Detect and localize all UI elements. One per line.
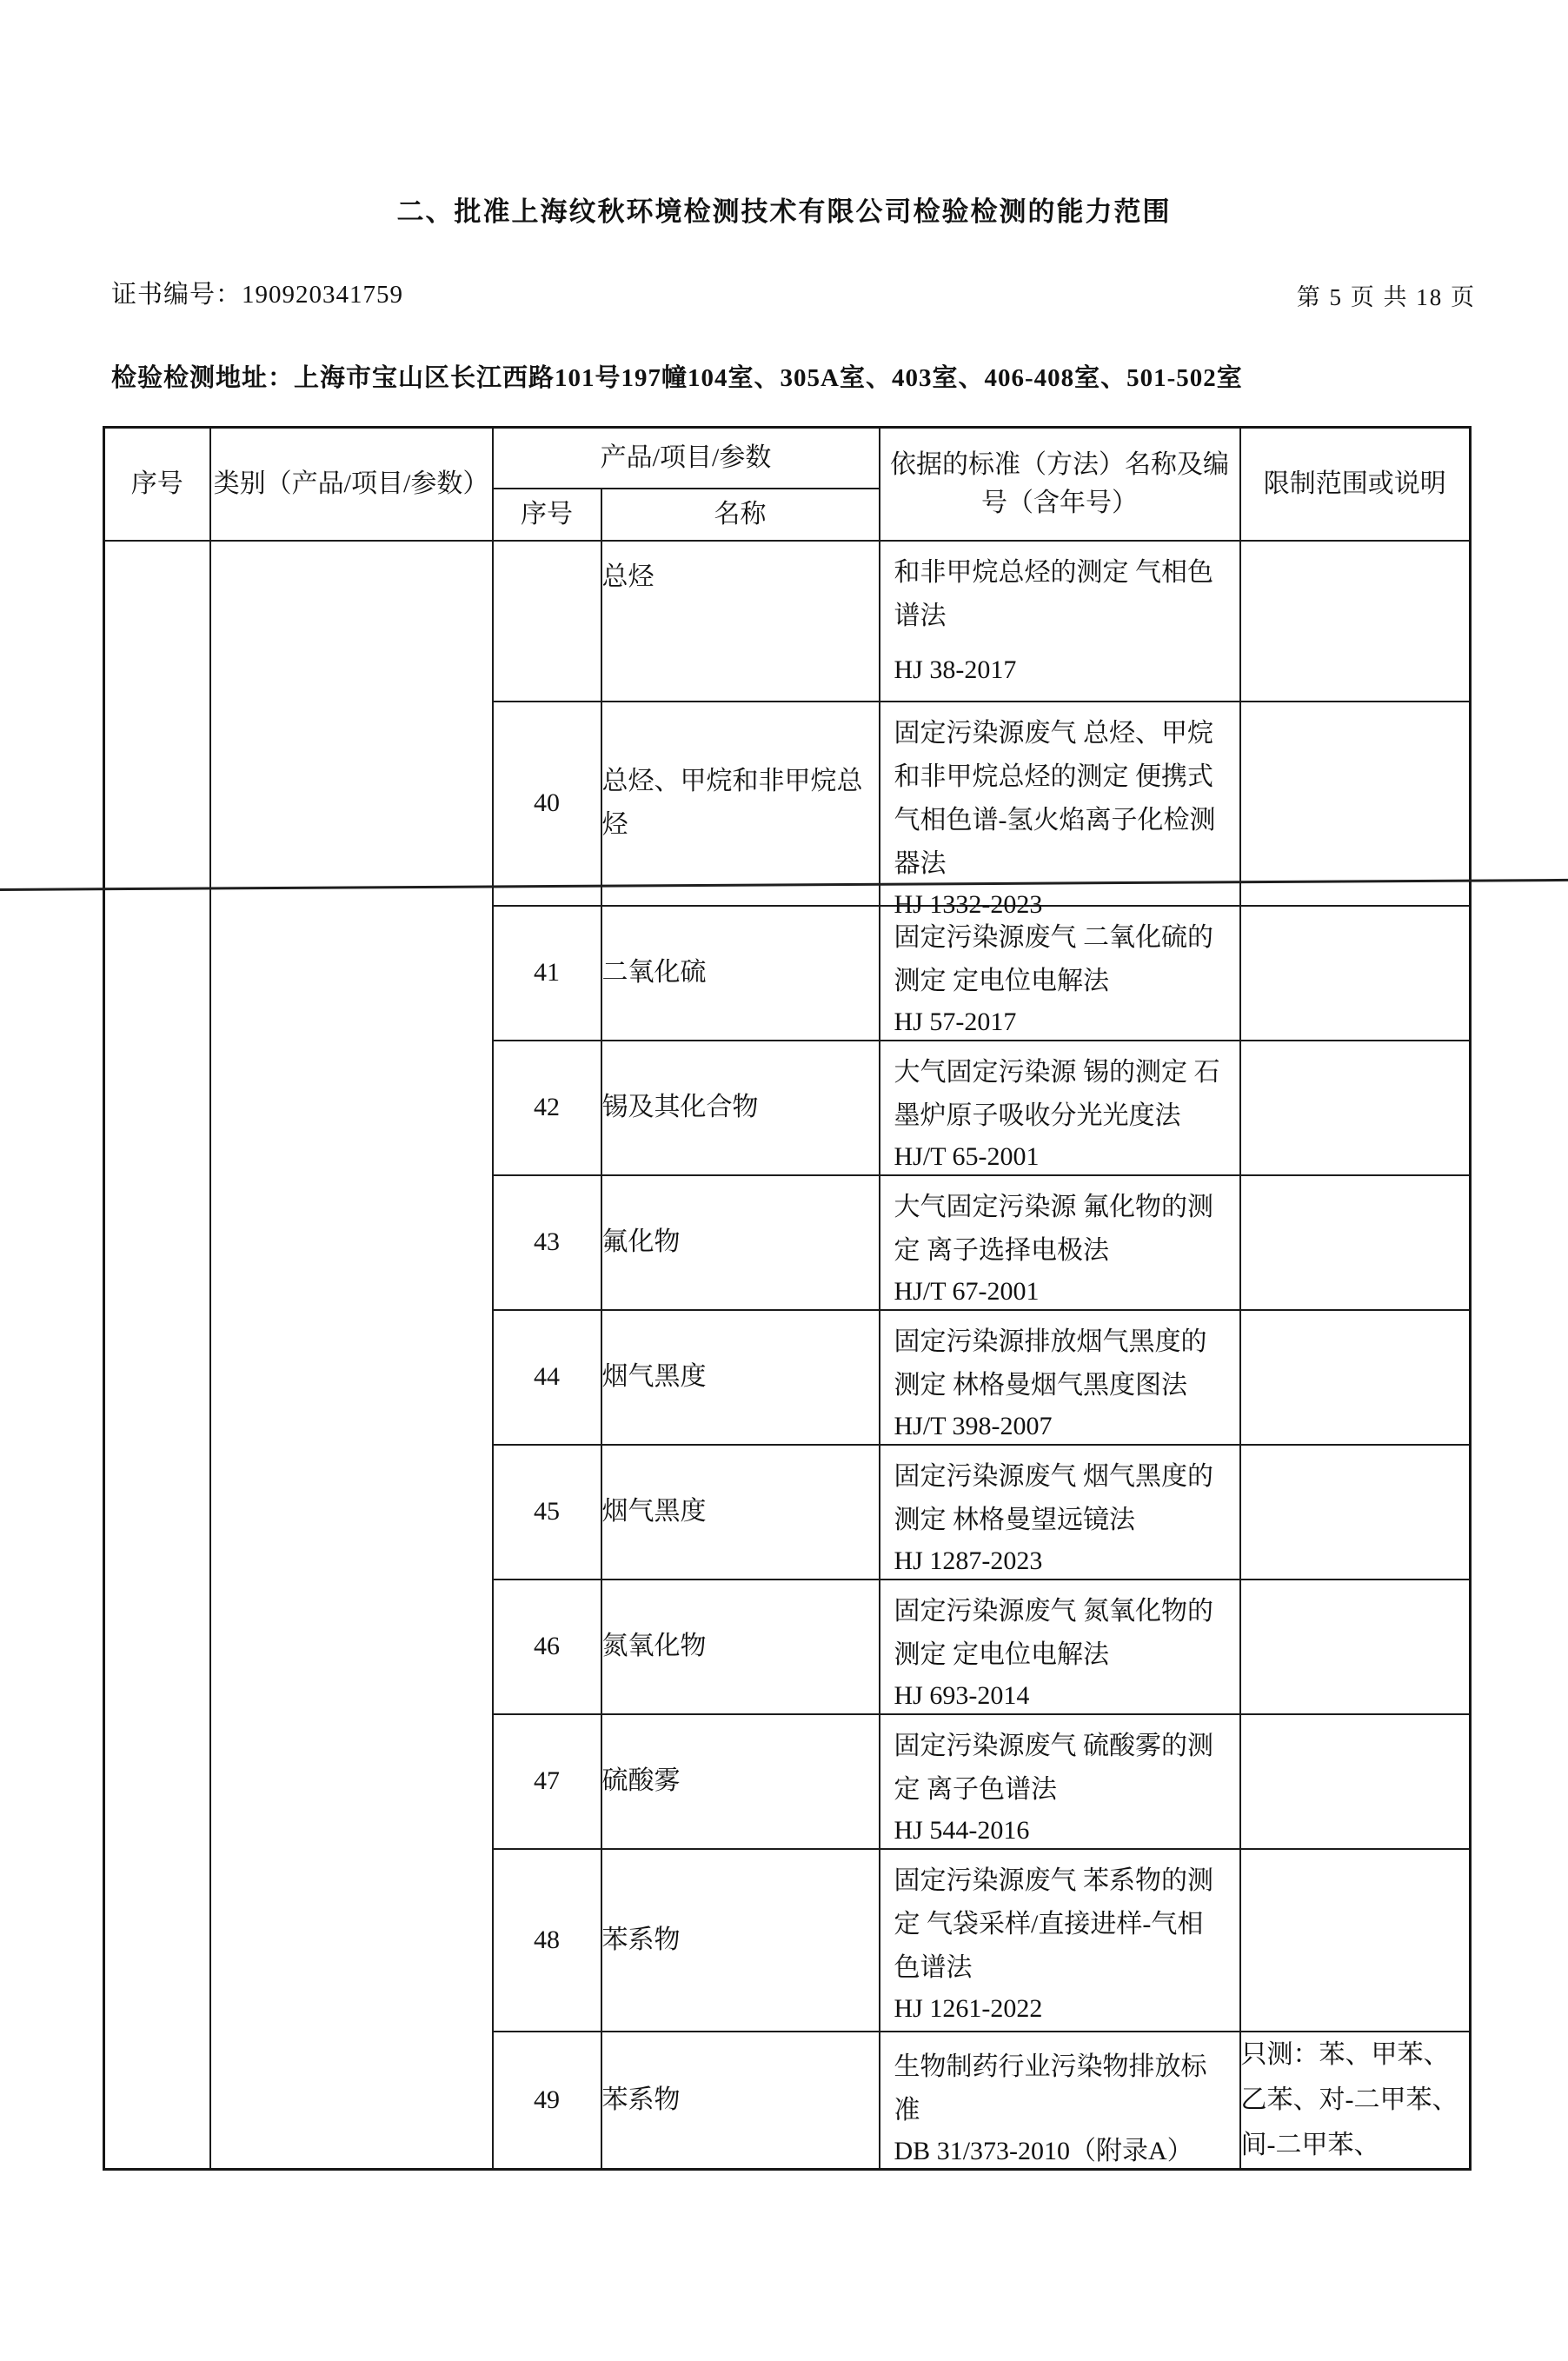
standard-method: 固定污染源废气 苯系物的测定 气袋采样/直接进样-气相色谱法 — [894, 1859, 1227, 1990]
standard-method: 固定污染源废气 烟气黑度的测定 林格曼望远镜法 — [894, 1455, 1227, 1542]
item-name: 锡及其化合物 — [601, 1041, 880, 1175]
item-name: 烟气黑度 — [601, 1445, 880, 1580]
item-limitation — [1240, 1175, 1471, 1310]
item-limitation — [1240, 541, 1471, 702]
item-seq: 41 — [493, 906, 601, 1041]
item-seq: 45 — [493, 1445, 601, 1580]
item-limitation — [1240, 1445, 1471, 1580]
item-name: 总烃 — [601, 541, 880, 702]
standard-method: 和非甲烷总烃的测定 气相色谱法 — [894, 551, 1227, 638]
item-name: 二氧化硫 — [601, 906, 880, 1041]
standard-code: HJ 57-2017 — [894, 1003, 1227, 1041]
item-seq: 44 — [493, 1310, 601, 1445]
header-product-name: 名称 — [601, 489, 880, 541]
item-standard: 和非甲烷总烃的测定 气相色谱法 HJ 38-2017 — [880, 541, 1240, 702]
item-standard: 固定污染源废气 二氧化硫的测定 定电位电解法 HJ 57-2017 — [880, 906, 1240, 1041]
item-standard: 固定污染源废气 总烃、甲烷和非甲烷总烃的测定 便携式气相色谱-氢火焰离子化检测器… — [880, 702, 1240, 906]
standard-method: 生物制药行业污染物排放标准 — [894, 2045, 1227, 2132]
standard-method: 固定污染源废气 氮氧化物的测定 定电位电解法 — [894, 1590, 1227, 1677]
standard-code: HJ 38-2017 — [894, 651, 1227, 689]
category-column-cell — [210, 541, 493, 2170]
item-seq: 49 — [493, 2032, 601, 2170]
item-seq: 43 — [493, 1175, 601, 1310]
standard-code: HJ/T 65-2001 — [894, 1138, 1227, 1176]
standard-method: 固定污染源废气 二氧化硫的测定 定电位电解法 — [894, 916, 1227, 1003]
standard-code: HJ 1287-2023 — [894, 1542, 1227, 1580]
standard-code: HJ 693-2014 — [894, 1677, 1227, 1715]
standard-code: HJ/T 398-2007 — [894, 1407, 1227, 1446]
standard-method: 固定污染源废气 总烃、甲烷和非甲烷总烃的测定 便携式气相色谱-氢火焰离子化检测器… — [894, 712, 1227, 886]
item-standard: 固定污染源废气 苯系物的测定 气袋采样/直接进样-气相色谱法 HJ 1261-2… — [880, 1849, 1240, 2032]
item-seq: 48 — [493, 1849, 601, 2032]
header-seq: 序号 — [104, 428, 210, 541]
header-product-seq: 序号 — [493, 489, 601, 541]
capability-table: 序号 类别（产品/项目/参数） 产品/项目/参数 依据的标准（方法）名称及编号（… — [103, 426, 1472, 2171]
header-category: 类别（产品/项目/参数） — [210, 428, 493, 541]
item-standard: 生物制药行业污染物排放标准 DB 31/373-2010（附录A） — [880, 2032, 1240, 2170]
standard-code: HJ 544-2016 — [894, 1812, 1227, 1850]
item-seq: 40 — [493, 702, 601, 906]
item-standard: 固定污染源废气 烟气黑度的测定 林格曼望远镜法 HJ 1287-2023 — [880, 1445, 1240, 1580]
item-standard: 固定污染源排放烟气黑度的测定 林格曼烟气黑度图法 HJ/T 398-2007 — [880, 1310, 1240, 1445]
item-limitation — [1240, 906, 1471, 1041]
item-limitation: 只测：苯、甲苯、乙苯、对-二甲苯、间-二甲苯、 — [1240, 2032, 1471, 2170]
item-name: 苯系物 — [601, 2032, 880, 2170]
document-page: 二、批准上海纹秋环境检测技术有限公司检验检测的能力范围 证书编号：1909203… — [0, 0, 1568, 2361]
item-name: 氮氧化物 — [601, 1580, 880, 1714]
header-standard: 依据的标准（方法）名称及编号（含年号） — [880, 428, 1240, 541]
item-limitation — [1240, 1580, 1471, 1714]
item-seq: 46 — [493, 1580, 601, 1714]
item-standard: 大气固定污染源 锡的测定 石墨炉原子吸收分光光度法 HJ/T 65-2001 — [880, 1041, 1240, 1175]
item-name: 苯系物 — [601, 1849, 880, 2032]
item-seq: 42 — [493, 1041, 601, 1175]
certificate-number: 证书编号：190920341759 — [111, 275, 403, 310]
item-name: 烟气黑度 — [601, 1310, 880, 1445]
item-standard: 固定污染源废气 硫酸雾的测定 离子色谱法 HJ 544-2016 — [880, 1714, 1240, 1849]
item-name: 硫酸雾 — [601, 1714, 880, 1849]
standard-method: 大气固定污染源 氟化物的测定 离子选择电极法 — [894, 1186, 1227, 1273]
item-name: 总烃、甲烷和非甲烷总烃 — [601, 702, 880, 906]
item-limitation — [1240, 1041, 1471, 1175]
item-name: 氟化物 — [601, 1175, 880, 1310]
inspection-address: 检验检测地址：上海市宝山区长江西路101号197幢104室、305A室、403室… — [111, 358, 1243, 394]
item-standard: 大气固定污染源 氟化物的测定 离子选择电极法 HJ/T 67-2001 — [880, 1175, 1240, 1310]
page-title: 二、批准上海纹秋环境检测技术有限公司检验检测的能力范围 — [0, 190, 1568, 229]
item-limitation — [1240, 1849, 1471, 2032]
item-standard: 固定污染源废气 氮氧化物的测定 定电位电解法 HJ 693-2014 — [880, 1580, 1240, 1714]
standard-code: HJ/T 67-2001 — [894, 1273, 1227, 1311]
item-seq: 47 — [493, 1714, 601, 1849]
standard-method: 固定污染源废气 硫酸雾的测定 离子色谱法 — [894, 1725, 1227, 1812]
standard-method: 固定污染源排放烟气黑度的测定 林格曼烟气黑度图法 — [894, 1320, 1227, 1407]
header-limitation: 限制范围或说明 — [1240, 428, 1471, 541]
standard-code: DB 31/373-2010（附录A） — [894, 2132, 1227, 2171]
standard-code: HJ 1261-2022 — [894, 1990, 1227, 2028]
item-limitation — [1240, 1714, 1471, 1849]
table-row: 总烃 和非甲烷总烃的测定 气相色谱法 HJ 38-2017 — [104, 541, 1471, 702]
standard-method: 大气固定污染源 锡的测定 石墨炉原子吸收分光光度法 — [894, 1051, 1227, 1138]
item-seq — [493, 541, 601, 702]
item-limitation — [1240, 1310, 1471, 1445]
page-indicator: 第 5 页 共 18 页 — [1297, 278, 1476, 312]
seq-column-cell — [104, 541, 210, 2170]
item-limitation — [1240, 702, 1471, 906]
header-product-group: 产品/项目/参数 — [493, 428, 880, 489]
